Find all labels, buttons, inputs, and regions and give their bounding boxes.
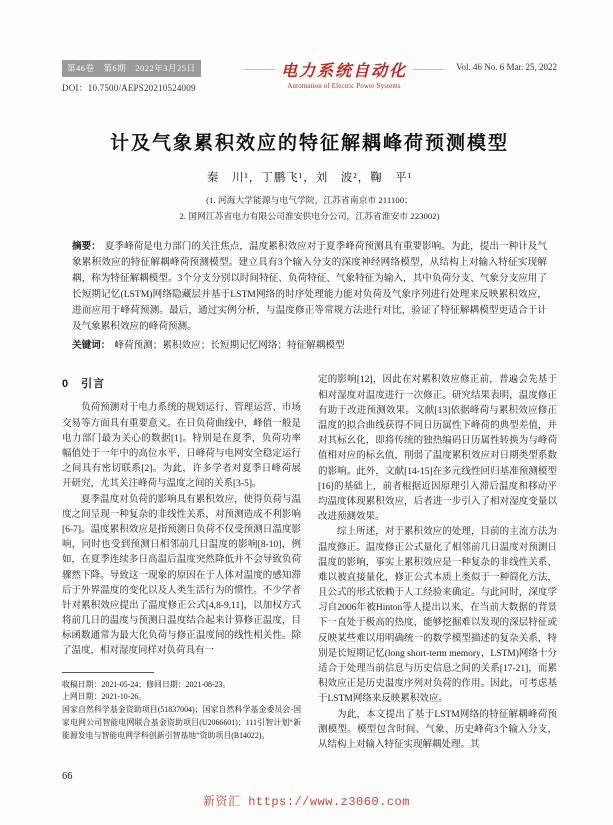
journal-logo-block: 电力系统自动化 Automation of Electric Power Sys…: [232, 58, 456, 90]
body-columns: 0 引言 负荷预测对于电力系统的规划运行、管理运营、市场交易等方面具有重要意义。…: [62, 373, 557, 753]
logo-rule-right: [413, 69, 444, 70]
journal-logo-cn: 电力系统自动化: [281, 58, 407, 81]
paper-page: 第46卷 第6期 2022年3月25日 DOI：10.7500/AEPS2021…: [0, 0, 613, 825]
journal-logo-row: 电力系统自动化: [238, 58, 450, 81]
issue-badge: 第46卷 第6期 2022年3月25日: [62, 60, 201, 77]
abstract-block: 摘要：夏季峰荷是电力部门的关注焦点，温度累积效应对于夏季峰荷预测具有重要影响。为…: [72, 239, 547, 335]
watermark-text: 新资汇 https://www.z3060.com: [0, 792, 613, 809]
footnote-rule: [62, 672, 154, 673]
abstract-text: 夏季峰荷是电力部门的关注焦点，温度累积效应对于夏季峰荷预测具有重要影响。为此，提…: [72, 241, 547, 332]
keywords-text: 峰荷预测；累积效应；长短期记忆网络；特征解耦模型: [114, 340, 344, 351]
keywords-block: 关键词：峰荷预测；累积效应；长短期记忆网络；特征解耦模型: [72, 338, 547, 354]
left-column: 0 引言 负荷预测对于电力系统的规划运行、管理运营、市场交易等方面具有重要意义。…: [62, 373, 301, 753]
logo-rule-left: [244, 69, 275, 70]
affiliation-line-2: 2. 国网江苏省电力有限公司淮安供电分公司，江苏省淮安市 223002): [62, 210, 557, 223]
issue-info-en: Vol. 46 No. 6 Mar. 25, 2022: [456, 58, 557, 72]
footnote-received-dates: 收稿日期：2021-05-24；修回日期：2021-08-23。: [62, 679, 301, 692]
affiliation-line-1: (1. 河海大学能源与电气学院，江苏省南京市 211100；: [62, 194, 557, 207]
abstract-label: 摘要：: [72, 241, 101, 252]
journal-logo-en: Automation of Electric Power Systems: [238, 83, 450, 90]
body-paragraph: 定的影响[12]，因此在对累积效应修正前，普遍会先基于相对湿度对温度进行一次修正…: [318, 373, 557, 525]
article-title: 计及气象累积效应的特征解耦峰荷预测模型: [62, 128, 557, 155]
body-paragraph: 综上所述，对于累积效应的处理，目前的主流方法为温度修正。温度修正公式量化了相邻前…: [318, 525, 557, 707]
keywords-label: 关键词：: [72, 340, 110, 351]
journal-issue-block: 第46卷 第6期 2022年3月25日 DOI：10.7500/AEPS2021…: [62, 58, 232, 94]
body-paragraph: 负荷预测对于电力系统的规划运行、管理运营、市场交易等方面具有重要意义。在日负荷曲…: [62, 401, 301, 492]
body-paragraph: 为此，本文提出了基于LSTM网络的特征解耦峰荷预测模型。模型包含时间、气象、历史…: [318, 708, 557, 754]
doi-line: DOI：10.7500/AEPS20210524009: [62, 81, 232, 94]
right-column: 定的影响[12]，因此在对累积效应修正前，普遍会先基于相对湿度对温度进行一次修正…: [318, 373, 557, 753]
page-number: 66: [62, 771, 73, 782]
footnote-funding: 国家自然科学基金资助项目(51837004)；国家自然科学基金委员会-国家电网公…: [62, 704, 301, 742]
body-paragraph: 夏季温度对负荷的影响具有累积效应，使得负荷与温度之间呈现一种复杂的非线性关系，对…: [62, 493, 301, 660]
section-heading-introduction: 0 引言: [62, 375, 301, 391]
journal-header: 第46卷 第6期 2022年3月25日 DOI：10.7500/AEPS2021…: [62, 58, 557, 94]
footnote-online-date: 上网日期：2021-10-26。: [62, 691, 301, 704]
author-line: 秦 川¹，丁鹏飞¹，刘 波²，鞠 平¹: [62, 169, 557, 185]
